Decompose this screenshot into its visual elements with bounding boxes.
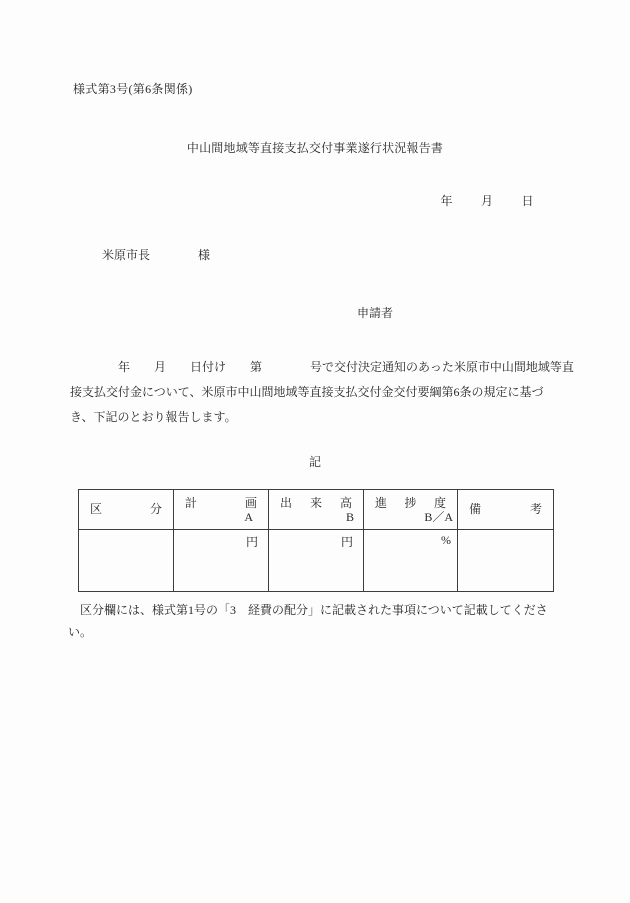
progress-report-table: 区 分 計 画 A 出 来 高 B [78,489,554,592]
header-char: 度 [434,496,446,511]
header-sub-label-b: B [269,511,363,524]
unit-percent-label: % [441,533,451,547]
header-cell-progress: 進 捗 度 B／A [364,490,458,530]
unit-yen-label: 円 [341,535,353,549]
form-number: 様式第3号(第6条関係) [73,80,193,97]
paragraph-line-3: き、下記のとおり報告します。 [70,405,578,430]
date-line: 年 月 日 [440,192,535,209]
header-cell-remarks: 備 考 [458,490,554,530]
header-cell-plan: 計 画 A [174,490,269,530]
kubun-entry-cell [79,530,174,592]
header-char: 来 [310,496,322,511]
header-char: 分 [150,502,162,517]
footnote-line-1: 区分欄には、様式第1号の「3 経費の配分」に記載された事項について記載してくださ [68,599,573,621]
header-sub-label-b-over-a: B／A [364,511,457,524]
paragraph-line-2: 接支払交付金について、米原市中山間地域等直接支払交付金交付要綱第6条の規定に基づ [70,380,578,405]
header-cell-kubun: 区 分 [79,490,174,530]
paragraph-line-1: 年 月 日付け 第 号で交付決定通知のあった米原市中山間地域等直 [70,355,578,380]
remarks-entry-cell [458,530,554,592]
section-marker-ki: 記 [0,453,630,470]
body-paragraph: 年 月 日付け 第 号で交付決定通知のあった米原市中山間地域等直 接支払交付金に… [70,355,578,430]
header-cell-actual: 出 来 高 B [269,490,364,530]
progress-entry-cell: % [364,530,458,592]
addressee-line: 米原市長 様 [102,246,210,263]
plan-entry-cell: 円 [174,530,269,592]
actual-entry-cell: 円 [269,530,364,592]
header-sub-label-a: A [174,511,268,524]
header-char: 計 [185,496,197,511]
footnote: 区分欄には、様式第1号の「3 経費の配分」に記載された事項について記載してくださ… [68,599,573,643]
header-char: 捗 [404,496,416,511]
header-char: 出 [280,496,292,511]
header-char: 区 [90,502,102,517]
header-char: 進 [375,496,387,511]
table-entry-row: 円 円 % [79,530,554,592]
footnote-line-2: い。 [68,621,573,643]
header-char: 備 [469,502,481,517]
table-header-row: 区 分 計 画 A 出 来 高 B [79,490,554,530]
header-char: 高 [340,496,352,511]
unit-yen-label: 円 [246,535,258,549]
document-title: 中山間地域等直接支払交付事業遂行状況報告書 [0,139,630,156]
header-char: 画 [245,496,257,511]
document-page: 様式第3号(第6条関係) 中山間地域等直接支払交付事業遂行状況報告書 年 月 日… [0,0,630,903]
header-char: 考 [530,502,542,517]
applicant-label: 申請者 [357,304,393,321]
